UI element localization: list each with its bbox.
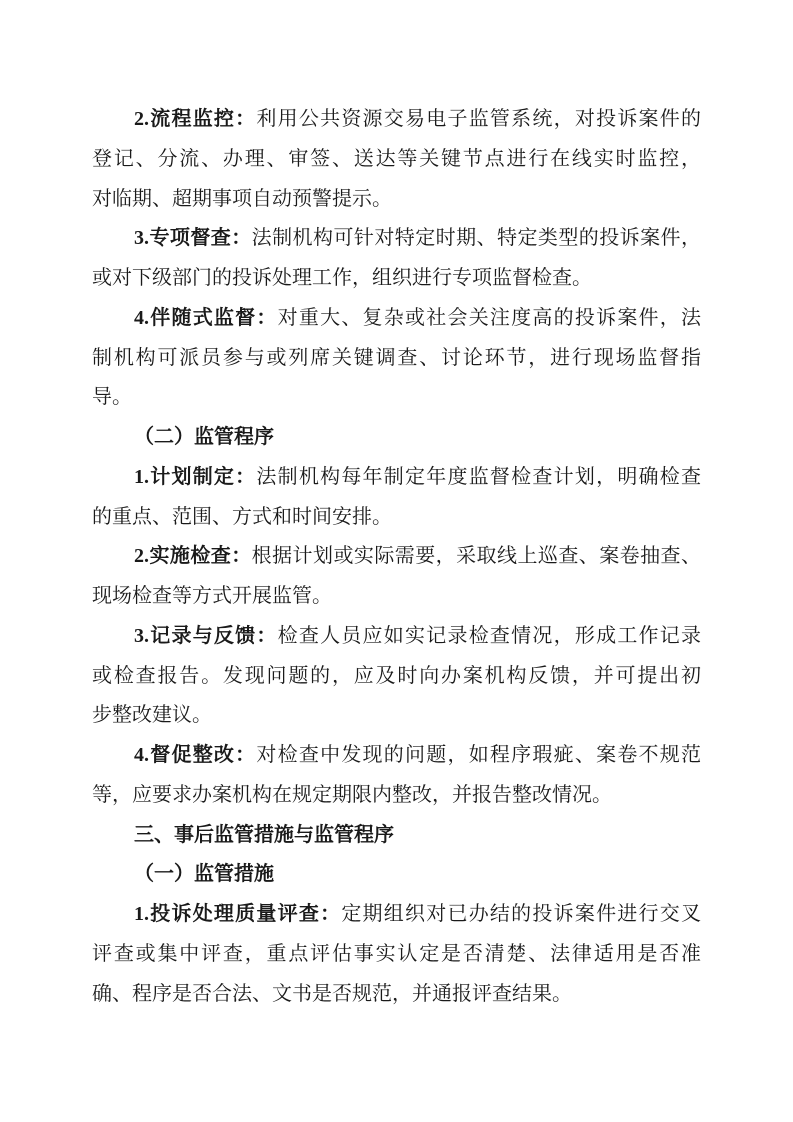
section-heading-level1: 三、事后监管措施与监管程序 bbox=[92, 816, 701, 856]
paragraph-label: 3.记录与反馈： bbox=[134, 625, 278, 647]
paragraph-line: 导。 bbox=[92, 378, 701, 418]
paragraph-line: 确、程序是否合法、文书是否规范，并通报评查结果。 bbox=[92, 975, 701, 1015]
paragraph-line: 的重点、范围、方式和时间安排。 bbox=[92, 498, 701, 538]
paragraph-label: 1.计划制定： bbox=[134, 466, 256, 488]
document-page: 2.流程监控：利用公共资源交易电子监管系统，对投诉案件的登记、分流、办理、审签、… bbox=[0, 0, 793, 1122]
paragraph-line: 4.督促整改：对检查中发现的问题，如程序瑕疵、案卷不规范 bbox=[92, 736, 701, 776]
paragraph-line: 或对下级部门的投诉处理工作，组织进行专项监督检查。 bbox=[92, 259, 701, 299]
paragraph-label: 1.投诉处理质量评查： bbox=[134, 903, 341, 925]
paragraph-line: 2.实施检查：根据计划或实际需要，采取线上巡查、案卷抽查、 bbox=[92, 537, 701, 577]
paragraph-text: 利用公共资源交易电子监管系统，对投诉案件的 bbox=[256, 108, 701, 130]
paragraph-text: 法制机构每年制定年度监督检查计划，明确检查 bbox=[256, 466, 701, 488]
section-heading-level2: （一）监管措施 bbox=[92, 855, 701, 895]
paragraph-label: 4.督促整改： bbox=[134, 744, 256, 766]
paragraph-line: 登记、分流、办理、审签、送达等关键节点进行在线实时监控， bbox=[92, 140, 701, 180]
paragraph-label: 4.伴随式监督： bbox=[134, 307, 278, 329]
paragraph-label: 2.实施检查： bbox=[134, 545, 252, 567]
paragraph-line: 4.伴随式监督：对重大、复杂或社会关注度高的投诉案件，法 bbox=[92, 299, 701, 339]
paragraph-label: 3.专项督查： bbox=[134, 227, 252, 249]
paragraph-text: 法制机构可针对特定时期、特定类型的投诉案件， bbox=[252, 227, 701, 249]
paragraph-text: 对检查中发现的问题，如程序瑕疵、案卷不规范 bbox=[256, 744, 701, 766]
paragraph-line: 步整改建议。 bbox=[92, 696, 701, 736]
paragraph-line: 制机构可派员参与或列席关键调查、讨论环节，进行现场监督指 bbox=[92, 339, 701, 379]
paragraph-line: 或检查报告。发现问题的，应及时向办案机构反馈，并可提出初 bbox=[92, 657, 701, 697]
paragraph-text: 根据计划或实际需要，采取线上巡查、案卷抽查、 bbox=[252, 545, 701, 567]
paragraph-line: 1.投诉处理质量评查：定期组织对已办结的投诉案件进行交叉 bbox=[92, 895, 701, 935]
paragraph-line: 等，应要求办案机构在规定期限内整改，并报告整改情况。 bbox=[92, 776, 701, 816]
paragraph-line: 对临期、超期事项自动预警提示。 bbox=[92, 180, 701, 220]
paragraph-line: 2.流程监控：利用公共资源交易电子监管系统，对投诉案件的 bbox=[92, 100, 701, 140]
paragraph-label: 2.流程监控： bbox=[134, 108, 256, 130]
paragraph-line: 现场检查等方式开展监管。 bbox=[92, 577, 701, 617]
document-content: 2.流程监控：利用公共资源交易电子监管系统，对投诉案件的登记、分流、办理、审签、… bbox=[92, 100, 701, 1014]
paragraph-text: 定期组织对已办结的投诉案件进行交叉 bbox=[341, 903, 701, 925]
paragraph-line: 评查或集中评查，重点评估事实认定是否清楚、法律适用是否准 bbox=[92, 935, 701, 975]
paragraph-text: 检查人员应如实记录检查情况，形成工作记录 bbox=[278, 625, 701, 647]
paragraph-text: 对重大、复杂或社会关注度高的投诉案件，法 bbox=[278, 307, 701, 329]
paragraph-line: 1.计划制定：法制机构每年制定年度监督检查计划，明确检查 bbox=[92, 458, 701, 498]
section-heading-level2: （二）监管程序 bbox=[92, 418, 701, 458]
paragraph-line: 3.记录与反馈：检查人员应如实记录检查情况，形成工作记录 bbox=[92, 617, 701, 657]
paragraph-line: 3.专项督查：法制机构可针对特定时期、特定类型的投诉案件， bbox=[92, 219, 701, 259]
